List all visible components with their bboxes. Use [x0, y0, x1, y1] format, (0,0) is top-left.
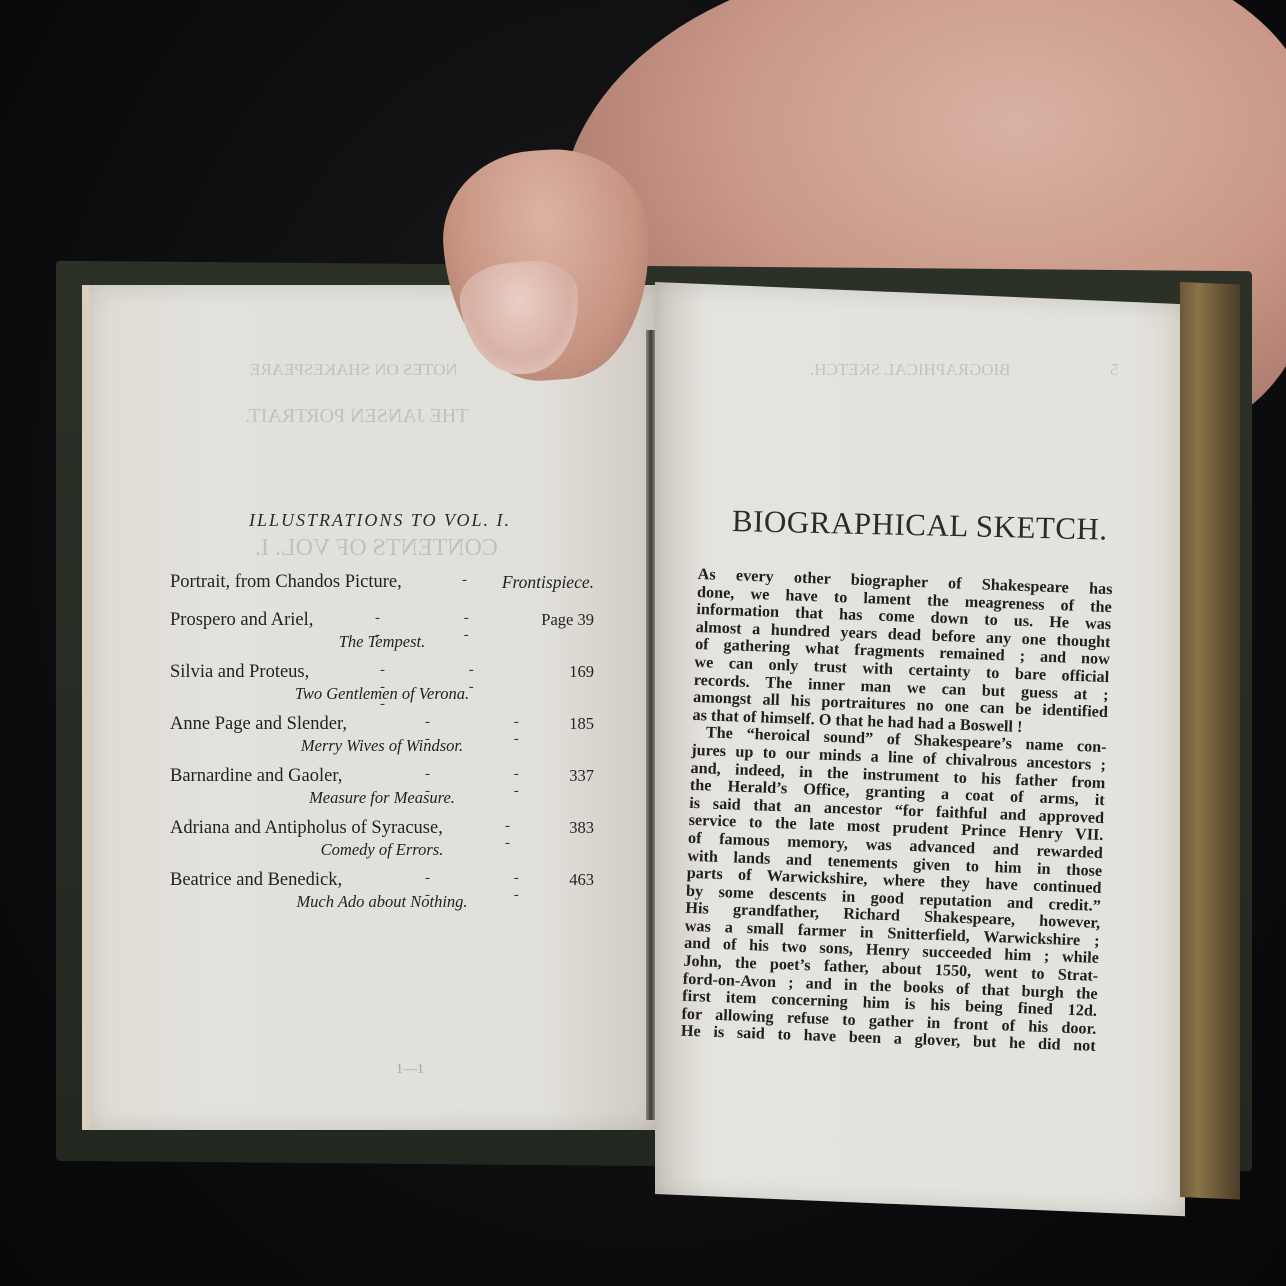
list-item: Prospero and Ariel, - - - - Page 39 The …: [170, 610, 594, 662]
list-item: Silvia and Proteus, - - - - - 169 Two Ge…: [170, 662, 594, 714]
page-reference: 337: [569, 766, 594, 786]
ghost-heading-left: THE JANSEN PORTRAIT.: [245, 405, 468, 428]
play-title: Comedy of Errors.: [170, 840, 594, 860]
illustrations-title: ILLUSTRATIONS TO VOL. I.: [170, 510, 590, 531]
ghost-contents-title: CONTENTS OF VOL. I.: [255, 535, 498, 562]
page-reference: 185: [569, 714, 594, 734]
list-item: Adriana and Antipholus of Syracuse, - - …: [170, 818, 594, 870]
play-title: Merry Wives of Windsor.: [170, 736, 594, 756]
biography-body: As every other biographer of Shakespeare…: [681, 566, 1113, 1056]
play-title: Much Ado about Nothing.: [170, 892, 594, 912]
gilt-page-edge: [1180, 282, 1240, 1200]
illustration-name: Adriana and Antipholus of Syracuse,: [170, 818, 443, 839]
list-item: Portrait, from Chandos Picture, - Fronti…: [170, 572, 594, 610]
ghost-page-number: 5: [1110, 360, 1119, 380]
page-reference: 169: [569, 662, 594, 682]
ghost-running-head-right: BIOGRAPHICAL SKETCH.: [810, 360, 1011, 380]
illustration-name: Barnardine and Gaoler,: [170, 766, 342, 787]
illustration-name: Silvia and Proteus,: [170, 662, 309, 683]
list-item: Beatrice and Benedick, - - - - 463 Much …: [170, 870, 594, 922]
page-reference: Page 39: [541, 610, 594, 630]
illustration-name: Anne Page and Slender,: [170, 714, 347, 735]
ghost-running-head-left: NOTES ON SHAKESPEARE: [250, 360, 458, 380]
illustration-name: Beatrice and Benedick,: [170, 870, 342, 891]
page-reference: Frontispiece.: [502, 572, 594, 593]
illustration-name: Prospero and Ariel,: [170, 610, 313, 631]
play-title: Two Gentlemen of Verona.: [170, 684, 594, 704]
dot-leader: -: [462, 572, 507, 589]
illustration-name: Portrait, from Chandos Picture,: [170, 572, 402, 593]
page-reference: 463: [569, 870, 594, 890]
illustrations-list: Portrait, from Chandos Picture, - Fronti…: [170, 572, 594, 922]
play-title: Measure for Measure.: [170, 788, 594, 808]
page-reference: 383: [569, 818, 594, 838]
signature-mark: 1—1: [396, 1062, 424, 1078]
list-item: Barnardine and Gaoler, - - - - 337 Measu…: [170, 766, 594, 818]
play-title: The Tempest.: [170, 632, 594, 652]
list-item: Anne Page and Slender, - - - - 185 Merry…: [170, 714, 594, 766]
